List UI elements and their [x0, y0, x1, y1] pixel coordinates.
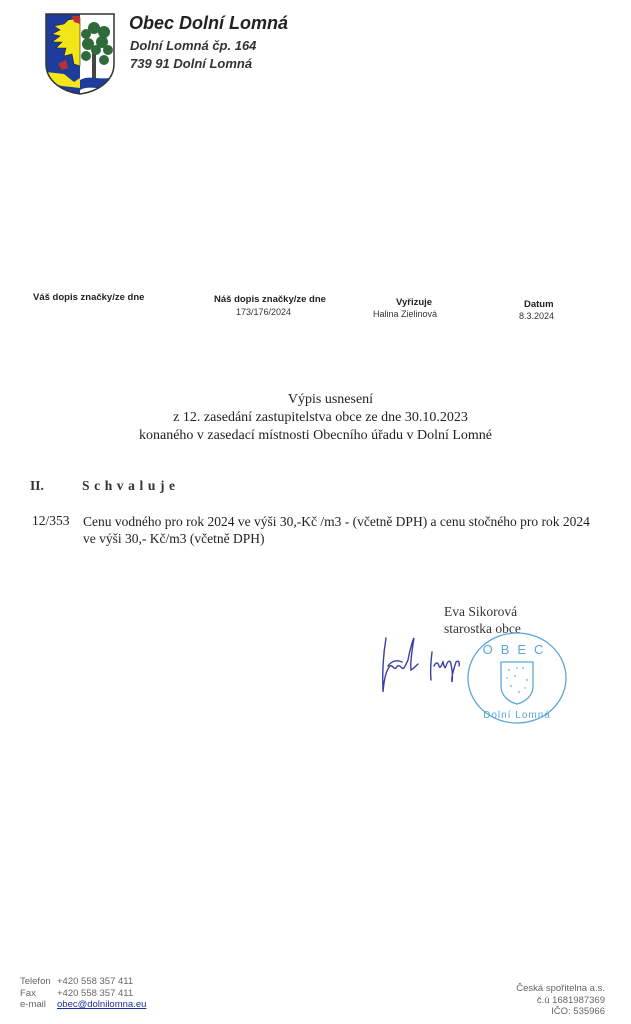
bank-account: č.ú 1681987369 — [480, 995, 605, 1007]
date-label: Datum — [524, 299, 554, 310]
handled-by-label: Vyřizuje — [396, 297, 432, 308]
date-value: 8.3.2024 — [519, 311, 554, 321]
email-label: e-mail — [20, 999, 57, 1011]
our-letter-label: Náš dopis značky/ze dne — [214, 294, 326, 305]
stamp-text-top: OBEC — [483, 642, 552, 657]
resolution-text: Cenu vodného pro rok 2024 ve výši 30,-Kč… — [83, 513, 603, 547]
organization-name: Obec Dolní Lomná — [129, 13, 288, 34]
section-number: II. — [30, 478, 44, 494]
email-link[interactable]: obec@dolnilomna.eu — [57, 999, 146, 1010]
footer-contacts: Telefon+420 558 357 411 Fax+420 558 357 … — [20, 976, 146, 1011]
fax-label: Fax — [20, 988, 57, 1000]
phone-value: +420 558 357 411 — [57, 976, 133, 987]
company-id: IČO: 535966 — [480, 1006, 605, 1018]
handled-by-value: Halina Zielinová — [373, 309, 437, 319]
resolution-number: 12/353 — [32, 513, 70, 529]
your-letter-label: Váš dopis značky/ze dne — [33, 292, 144, 303]
organization-address-line2: 739 91 Dolní Lomná — [130, 56, 252, 71]
organization-address-line1: Dolní Lomná čp. 164 — [130, 38, 256, 53]
signatory-name: Eva Sikorová — [444, 604, 517, 620]
phone-label: Telefon — [20, 976, 57, 988]
title-line-1: Výpis usnesení — [0, 391, 631, 409]
fax-value: +420 558 357 411 — [57, 988, 133, 999]
title-line-3: konaného v zasedací místnosti Obecního ú… — [0, 427, 631, 445]
footer-email: e-mailobec@dolnilomna.eu — [20, 999, 146, 1011]
bank-name: Česká spořitelna a.s. — [480, 983, 605, 995]
our-letter-value: 173/176/2024 — [236, 307, 291, 317]
handwritten-signature-icon — [376, 630, 466, 698]
footer-phone: Telefon+420 558 357 411 — [20, 976, 146, 988]
document-title: Výpis usnesení z 12. zasedání zastupitel… — [0, 391, 631, 445]
footer-bank-info: Česká spořitelna a.s. č.ú 1681987369 IČO… — [480, 983, 605, 1018]
stamp-text-bottom: Dolní Lomná — [483, 710, 551, 721]
title-line-2: z 12. zasedání zastupitelstva obce ze dn… — [0, 409, 631, 427]
footer-fax: Fax+420 558 357 411 — [20, 988, 146, 1000]
coat-of-arms-icon — [44, 12, 116, 96]
official-stamp-icon: OBEC Dolní Lomná — [465, 630, 569, 725]
section-heading: Schvaluje — [82, 478, 180, 494]
